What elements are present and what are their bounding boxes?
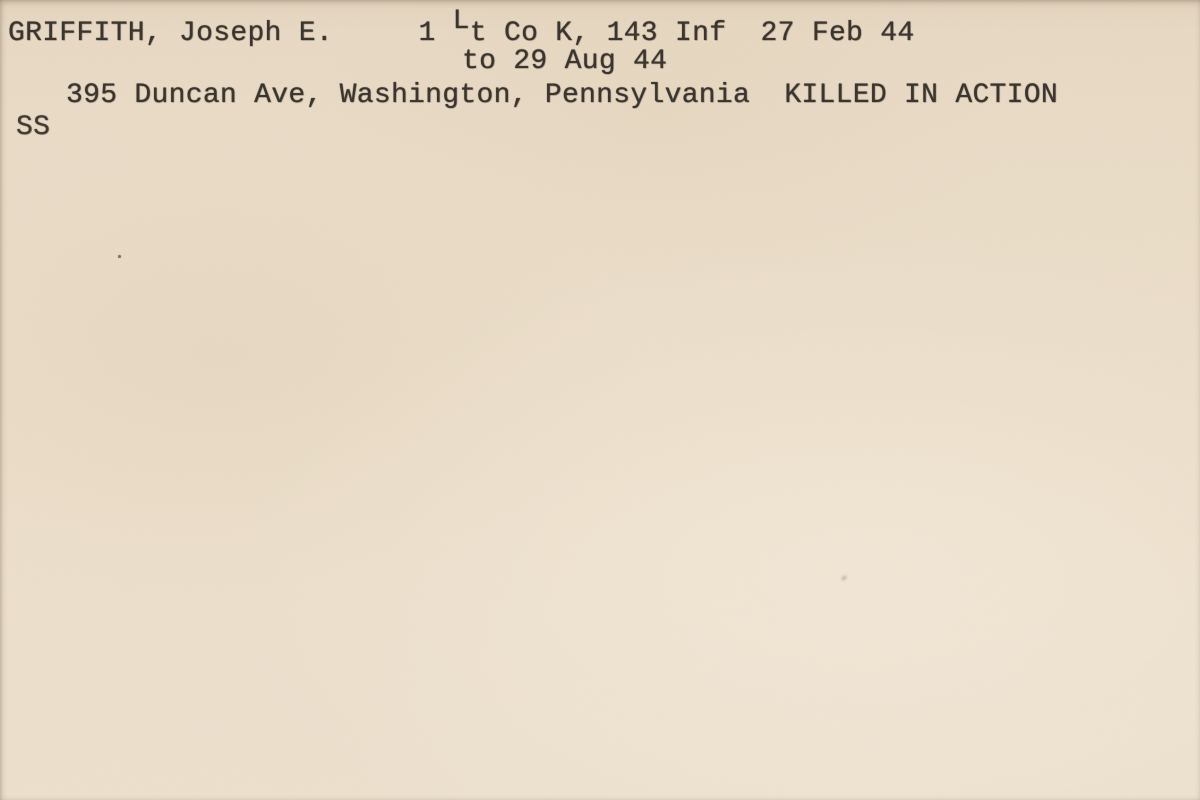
faint-smudge <box>840 575 847 581</box>
paper-texture <box>0 0 1200 800</box>
superscript-l-of-lt: L <box>453 6 470 37</box>
ink-speck <box>118 255 121 258</box>
scanned-index-card: GRIFFITH, Joseph E. 1 Lt Co K, 143 Inf 2… <box>0 0 1200 800</box>
unit-and-start-date-text: t Co K, 143 Inf 27 Feb 44 <box>470 18 915 49</box>
name-and-rank-text: GRIFFITH, Joseph E. 1 <box>8 18 453 49</box>
typed-line-end-date: to 29 Aug 44 <box>462 48 667 76</box>
typed-line-name-rank-unit-date: GRIFFITH, Joseph E. 1 Lt Co K, 143 Inf 2… <box>8 20 914 48</box>
typed-line-award-notation: SS <box>16 114 50 142</box>
typed-line-address-status: 395 Duncan Ave, Washington, Pennsylvania… <box>66 82 1058 110</box>
